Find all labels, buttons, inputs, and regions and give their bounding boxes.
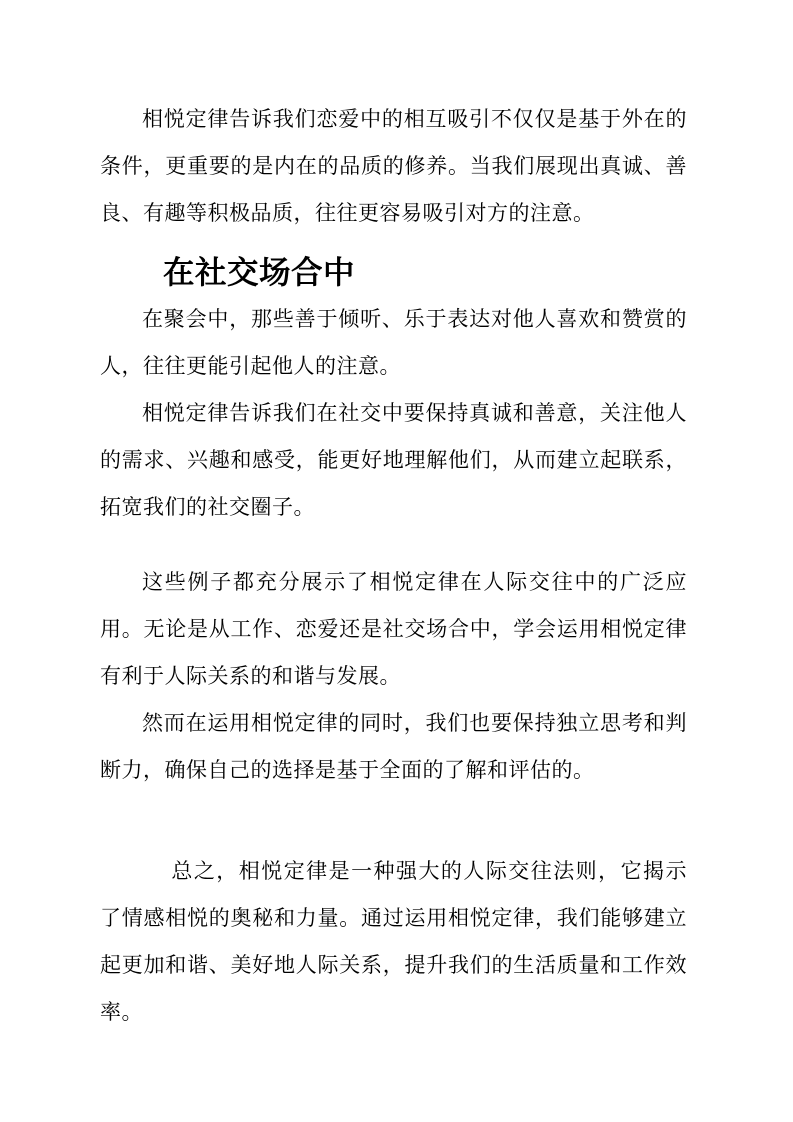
- document-page: 相悦定律告诉我们恋爱中的相互吸引不仅仅是基于外在的条件，更重要的是内在的品质的修…: [0, 0, 793, 1122]
- paragraph-caution: 然而在运用相悦定律的同时，我们也要保持独立思考和判断力，确保自己的选择是基于全面…: [100, 700, 687, 794]
- paragraph-examples-summary: 这些例子都充分展示了相悦定律在人际交往中的广泛应用。无论是从工作、恋爱还是社交场…: [100, 559, 687, 700]
- paragraph-social-advice: 相悦定律告诉我们在社交中要保持真诚和善意，关注他人的需求、兴趣和感受，能更好地理…: [100, 390, 687, 531]
- paragraph-conclusion: 总之，相悦定律是一种强大的人际交往法则，它揭示了情感相悦的奥秘和力量。通过运用相…: [100, 848, 687, 1036]
- paragraph-social-party: 在聚会中，那些善于倾听、乐于表达对他人喜欢和赞赏的人，往往更能引起他人的注意。: [100, 296, 687, 390]
- paragraph-love-conclusion: 相悦定律告诉我们恋爱中的相互吸引不仅仅是基于外在的条件，更重要的是内在的品质的修…: [100, 96, 687, 237]
- section-heading-social: 在社交场合中: [100, 249, 687, 296]
